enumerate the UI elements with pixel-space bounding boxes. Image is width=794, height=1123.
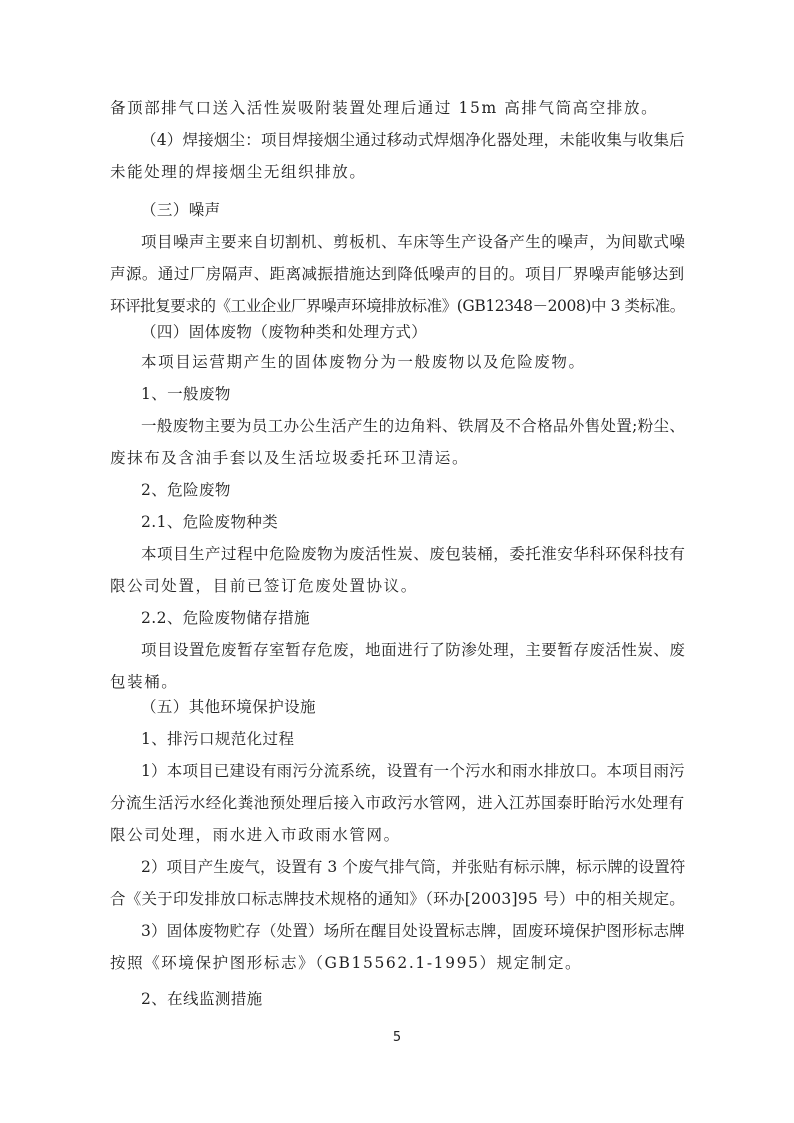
paragraph-line: （4）焊接烟尘：项目焊接烟尘通过移动式焊烟净化器处理，未能收集与收集后 (141, 130, 685, 150)
paragraph-line: 限公司处置，目前已签订危废处置协议。 (110, 576, 685, 596)
paragraph-line: 备顶部排气口送入活性炭吸附装置处理后通过 15m 高排气筒高空排放。 (110, 98, 685, 118)
section-heading: （五）其他环境保护设施 (141, 697, 685, 717)
paragraph-line: 限公司处理，雨水进入市政雨水管网。 (110, 825, 685, 845)
paragraph-line: 未能处理的焊接烟尘无组织排放。 (110, 162, 685, 182)
paragraph-line: 项目噪声主要来自切割机、剪板机、车床等生产设备产生的噪声，为间歇式噪 (141, 232, 685, 252)
paragraph-line: 2）项目产生废气，设置有 3 个废气排气筒，并张贴有标示牌，标示牌的设置符 (141, 857, 685, 877)
section-heading: 2、危险废物 (141, 480, 685, 500)
paragraph-line: 声源。通过厂房隔声、距离减振措施达到降低噪声的目的。项目厂界噪声能够达到 (110, 264, 685, 284)
section-heading: 2、在线监测措施 (141, 989, 685, 1009)
paragraph-line: 分流生活污水经化粪池预处理后接入市政污水管网，进入江苏国泰盱眙污水处理有 (110, 793, 685, 813)
paragraph-line: 3）固体废物贮存（处置）场所在醒目处设置标志牌，固废环境保护图形标志牌 (141, 921, 685, 941)
paragraph-line: 包装桶。 (110, 672, 685, 692)
section-heading: （四）固体废物（废物种类和处理方式） (141, 322, 685, 342)
paragraph-line: 环评批复要求的《工业企业厂界噪声环境排放标准》(GB12348－2008)中 3… (110, 296, 685, 316)
paragraph-line: 合《关于印发排放口标志牌技术规格的通知》（环办[2003]95 号）中的相关规定… (110, 889, 685, 909)
paragraph-line: 按照《环境保护图形标志》（GB15562.1-1995）规定制定。 (110, 953, 685, 973)
section-heading: （三）噪声 (141, 200, 685, 220)
paragraph-line: 1）本项目已建设有雨污分流系统，设置有一个污水和雨水排放口。本项目雨污 (141, 761, 685, 781)
paragraph-line: 项目设置危废暂存室暂存危废，地面进行了防渗处理，主要暂存废活性炭、废 (141, 640, 685, 660)
paragraph-line: 废抹布及含油手套以及生活垃圾委托环卫清运。 (110, 448, 685, 468)
paragraph-line: 一般废物主要为员工办公生活产生的边角料、铁屑及不合格品外售处置;粉尘、 (141, 416, 685, 436)
paragraph-line: 本项目运营期产生的固体废物分为一般废物以及危险废物。 (141, 352, 685, 372)
section-heading: 1、一般废物 (141, 384, 685, 404)
section-heading: 2.2、危险废物储存措施 (141, 608, 685, 628)
document-page: 备顶部排气口送入活性炭吸附装置处理后通过 15m 高排气筒高空排放。（4）焊接烟… (0, 0, 794, 1123)
section-heading: 2.1、危险废物种类 (141, 512, 685, 532)
paragraph-line: 本项目生产过程中危险废物为废活性炭、废包装桶，委托淮安华科环保科技有 (141, 544, 685, 564)
page-number: 5 (0, 1030, 794, 1045)
section-heading: 1、排污口规范化过程 (141, 729, 685, 749)
